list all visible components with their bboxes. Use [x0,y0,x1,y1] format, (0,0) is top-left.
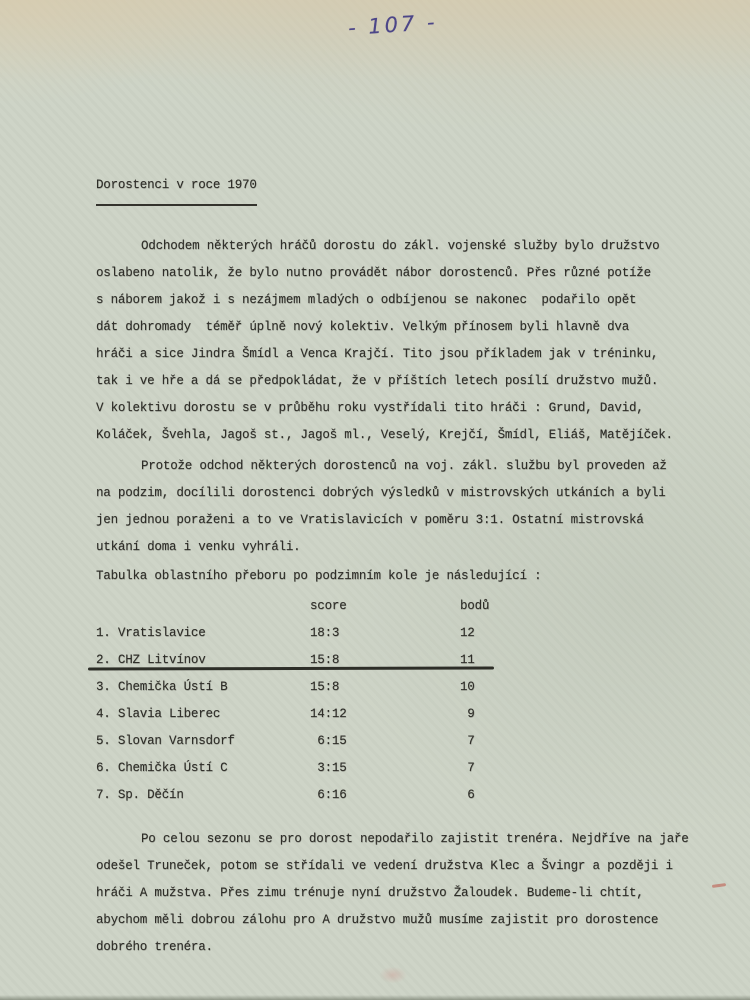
paragraph-line: Protože odchod některých dorostenců na v… [96,453,716,480]
paragraph-line: jen jednou poraženi a to ve Vratislavicí… [96,507,716,534]
score-value: 6:16 [310,782,460,809]
paragraph-line: na podzim, docílili dorostenci dobrých v… [96,480,716,507]
table-header-row: score bodů [96,593,716,620]
score-value: 3:15 [310,755,460,782]
paragraph-line: hráči a sice Jindra Šmídl a Venca Krajčí… [96,341,716,368]
score-value: 6:15 [310,728,460,755]
table-row: 4. Slavia Liberec 14:12 9 [96,701,716,728]
team-name: 1. Vratislavice [96,620,310,647]
paragraph-2: Protože odchod některých dorostenců na v… [96,453,716,561]
paragraph-line: abychom měli dobrou zálohu pro A družstv… [96,907,716,934]
closing-paragraph: Po celou sezonu se pro dorost nepodařilo… [96,826,716,961]
points-value: 10 [460,674,475,701]
score-value: 14:12 [310,701,460,728]
paragraph-line: odešel Truneček, potom se střídali ve ve… [96,853,716,880]
paragraph-line: tak i ve hře a dá se předpokládat, že v … [96,368,716,395]
paragraph-line: utkání doma i venku vyhráli. [96,534,716,561]
team-name: 4. Slavia Liberec [96,701,310,728]
points-value: 12 [460,620,475,647]
header-team [96,593,310,620]
team-name: 5. Slovan Varnsdorf [96,728,310,755]
score-value: 15:8 [310,674,460,701]
paragraph-line: s náborem jakož i s nezájmem mladých o o… [96,287,716,314]
standings-table: score bodů 1. Vratislavice 18:3 12 2. CH… [96,593,716,809]
table-row: 2. CHZ Litvínov 15:8 11 [96,647,716,674]
handwritten-page-number: - 107 - [347,10,438,40]
points-value: 7 [460,755,475,782]
red-pen-mark [712,883,726,888]
paragraph-line: dobrého trenéra. [96,934,716,961]
paragraph-line: hráči A mužstva. Přes zimu trénuje nyní … [96,880,716,907]
scanned-document-page: - 107 - Dorostenci v roce 1970 Odchodem … [0,0,750,1000]
score-value: 18:3 [310,620,460,647]
title-row: Dorostenci v roce 1970 [96,172,716,206]
table-row: 6. Chemička Ústí C 3:15 7 [96,755,716,782]
team-name: 7. Sp. Děčín [96,782,310,809]
table-row: 1. Vratislavice 18:3 12 [96,620,716,647]
score-value: 15:8 [310,647,460,674]
paragraph-line: Koláček, Švehla, Jagoš st., Jagoš ml., V… [96,422,716,449]
points-value: 7 [460,728,475,755]
document-content: Dorostenci v roce 1970 Odchodem některýc… [96,172,716,961]
team-name: 3. Chemička Ústí B [96,674,310,701]
points-value: 11 [460,647,475,674]
points-value: 9 [460,701,475,728]
paragraph-line: Po celou sezonu se pro dorost nepodařilo… [96,826,716,853]
table-row: 5. Slovan Varnsdorf 6:15 7 [96,728,716,755]
table-row: 7. Sp. Děčín 6:16 6 [96,782,716,809]
header-points: bodů [460,593,489,620]
paragraph-1: Odchodem některých hráčů dorostu do zákl… [96,233,716,449]
paragraph-line: Odchodem některých hráčů dorostu do zákl… [96,233,716,260]
document-title: Dorostenci v roce 1970 [96,172,257,206]
paragraph-line: dát dohromady téměř úplně nový kolektiv.… [96,314,716,341]
paragraph-line: oslabeno natolik, že bylo nutno provádět… [96,260,716,287]
paragraph-line: V kolektivu dorostu se v průběhu roku vy… [96,395,716,422]
team-name: 6. Chemička Ústí C [96,755,310,782]
points-value: 6 [460,782,475,809]
table-intro: Tabulka oblastního přeboru po podzimním … [96,563,716,590]
table-row: 3. Chemička Ústí B 15:8 10 [96,674,716,701]
header-score: score [310,593,460,620]
